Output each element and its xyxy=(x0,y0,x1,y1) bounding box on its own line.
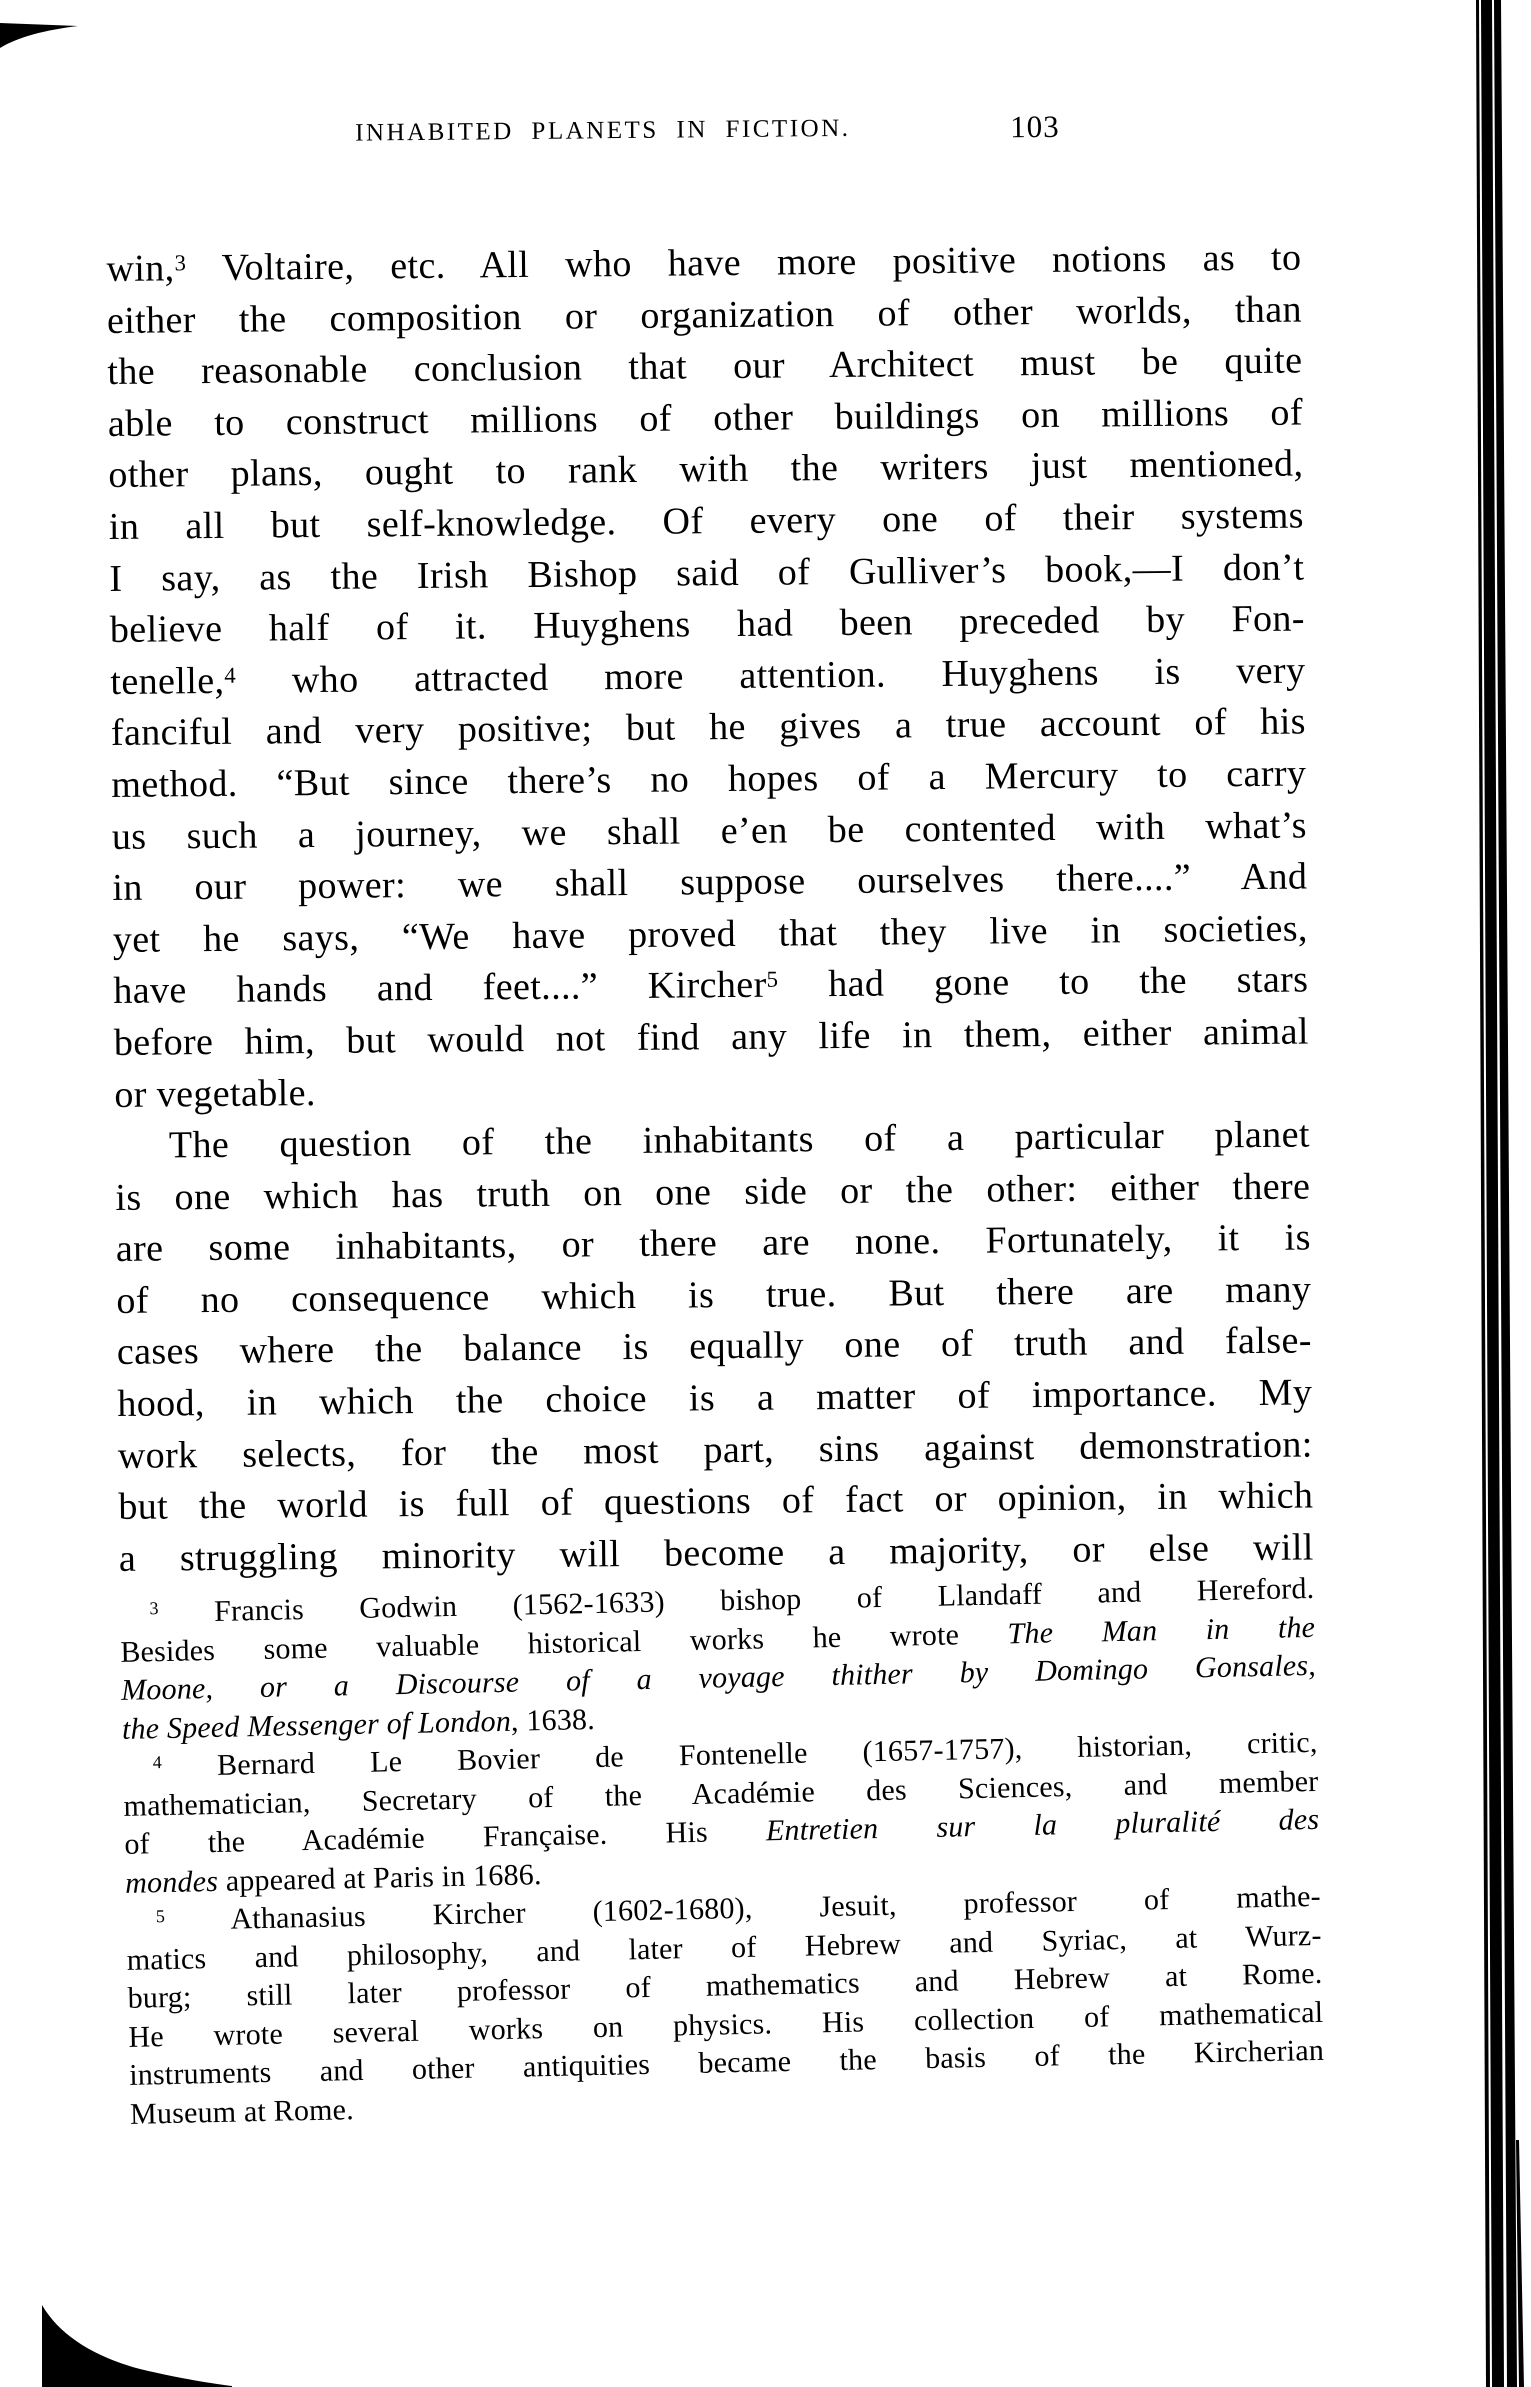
footnote-marker: 5 xyxy=(766,967,778,992)
top-left-corner-artifact xyxy=(0,23,78,48)
footnote: 3 Francis Godwin (1562-1633) bishop of L… xyxy=(119,1570,1317,1749)
footnote-marker: 5 xyxy=(156,1906,166,1926)
footnote: 4 Bernard Le Bovier de Fontenelle (1657-… xyxy=(122,1724,1320,1903)
footnotes-section: 3 Francis Godwin (1562-1633) bishop of L… xyxy=(119,1570,1325,2134)
page-header: INHABITED PLANETS IN FICTION. 103 xyxy=(105,107,1300,158)
footnote: 5 Athanasius Kircher (1602-1680), Jesuit… xyxy=(126,1878,1326,2134)
running-head-title: INHABITED PLANETS IN FICTION. xyxy=(355,115,851,148)
footnote-marker: 3 xyxy=(149,1598,159,1618)
page-content: INHABITED PLANETS IN FICTION. 103 win,3 … xyxy=(105,107,1319,2135)
page-number: 103 xyxy=(1010,109,1060,145)
body-text: win,3 Voltaire, etc. All who have more p… xyxy=(106,233,1314,1586)
bottom-left-corner-artifact xyxy=(42,2305,232,2387)
footnote-marker: 4 xyxy=(224,662,236,687)
footnote-marker: 3 xyxy=(174,250,186,275)
footnote-marker: 4 xyxy=(152,1752,162,1772)
scanned-page: INHABITED PLANETS IN FICTION. 103 win,3 … xyxy=(0,0,1531,2387)
